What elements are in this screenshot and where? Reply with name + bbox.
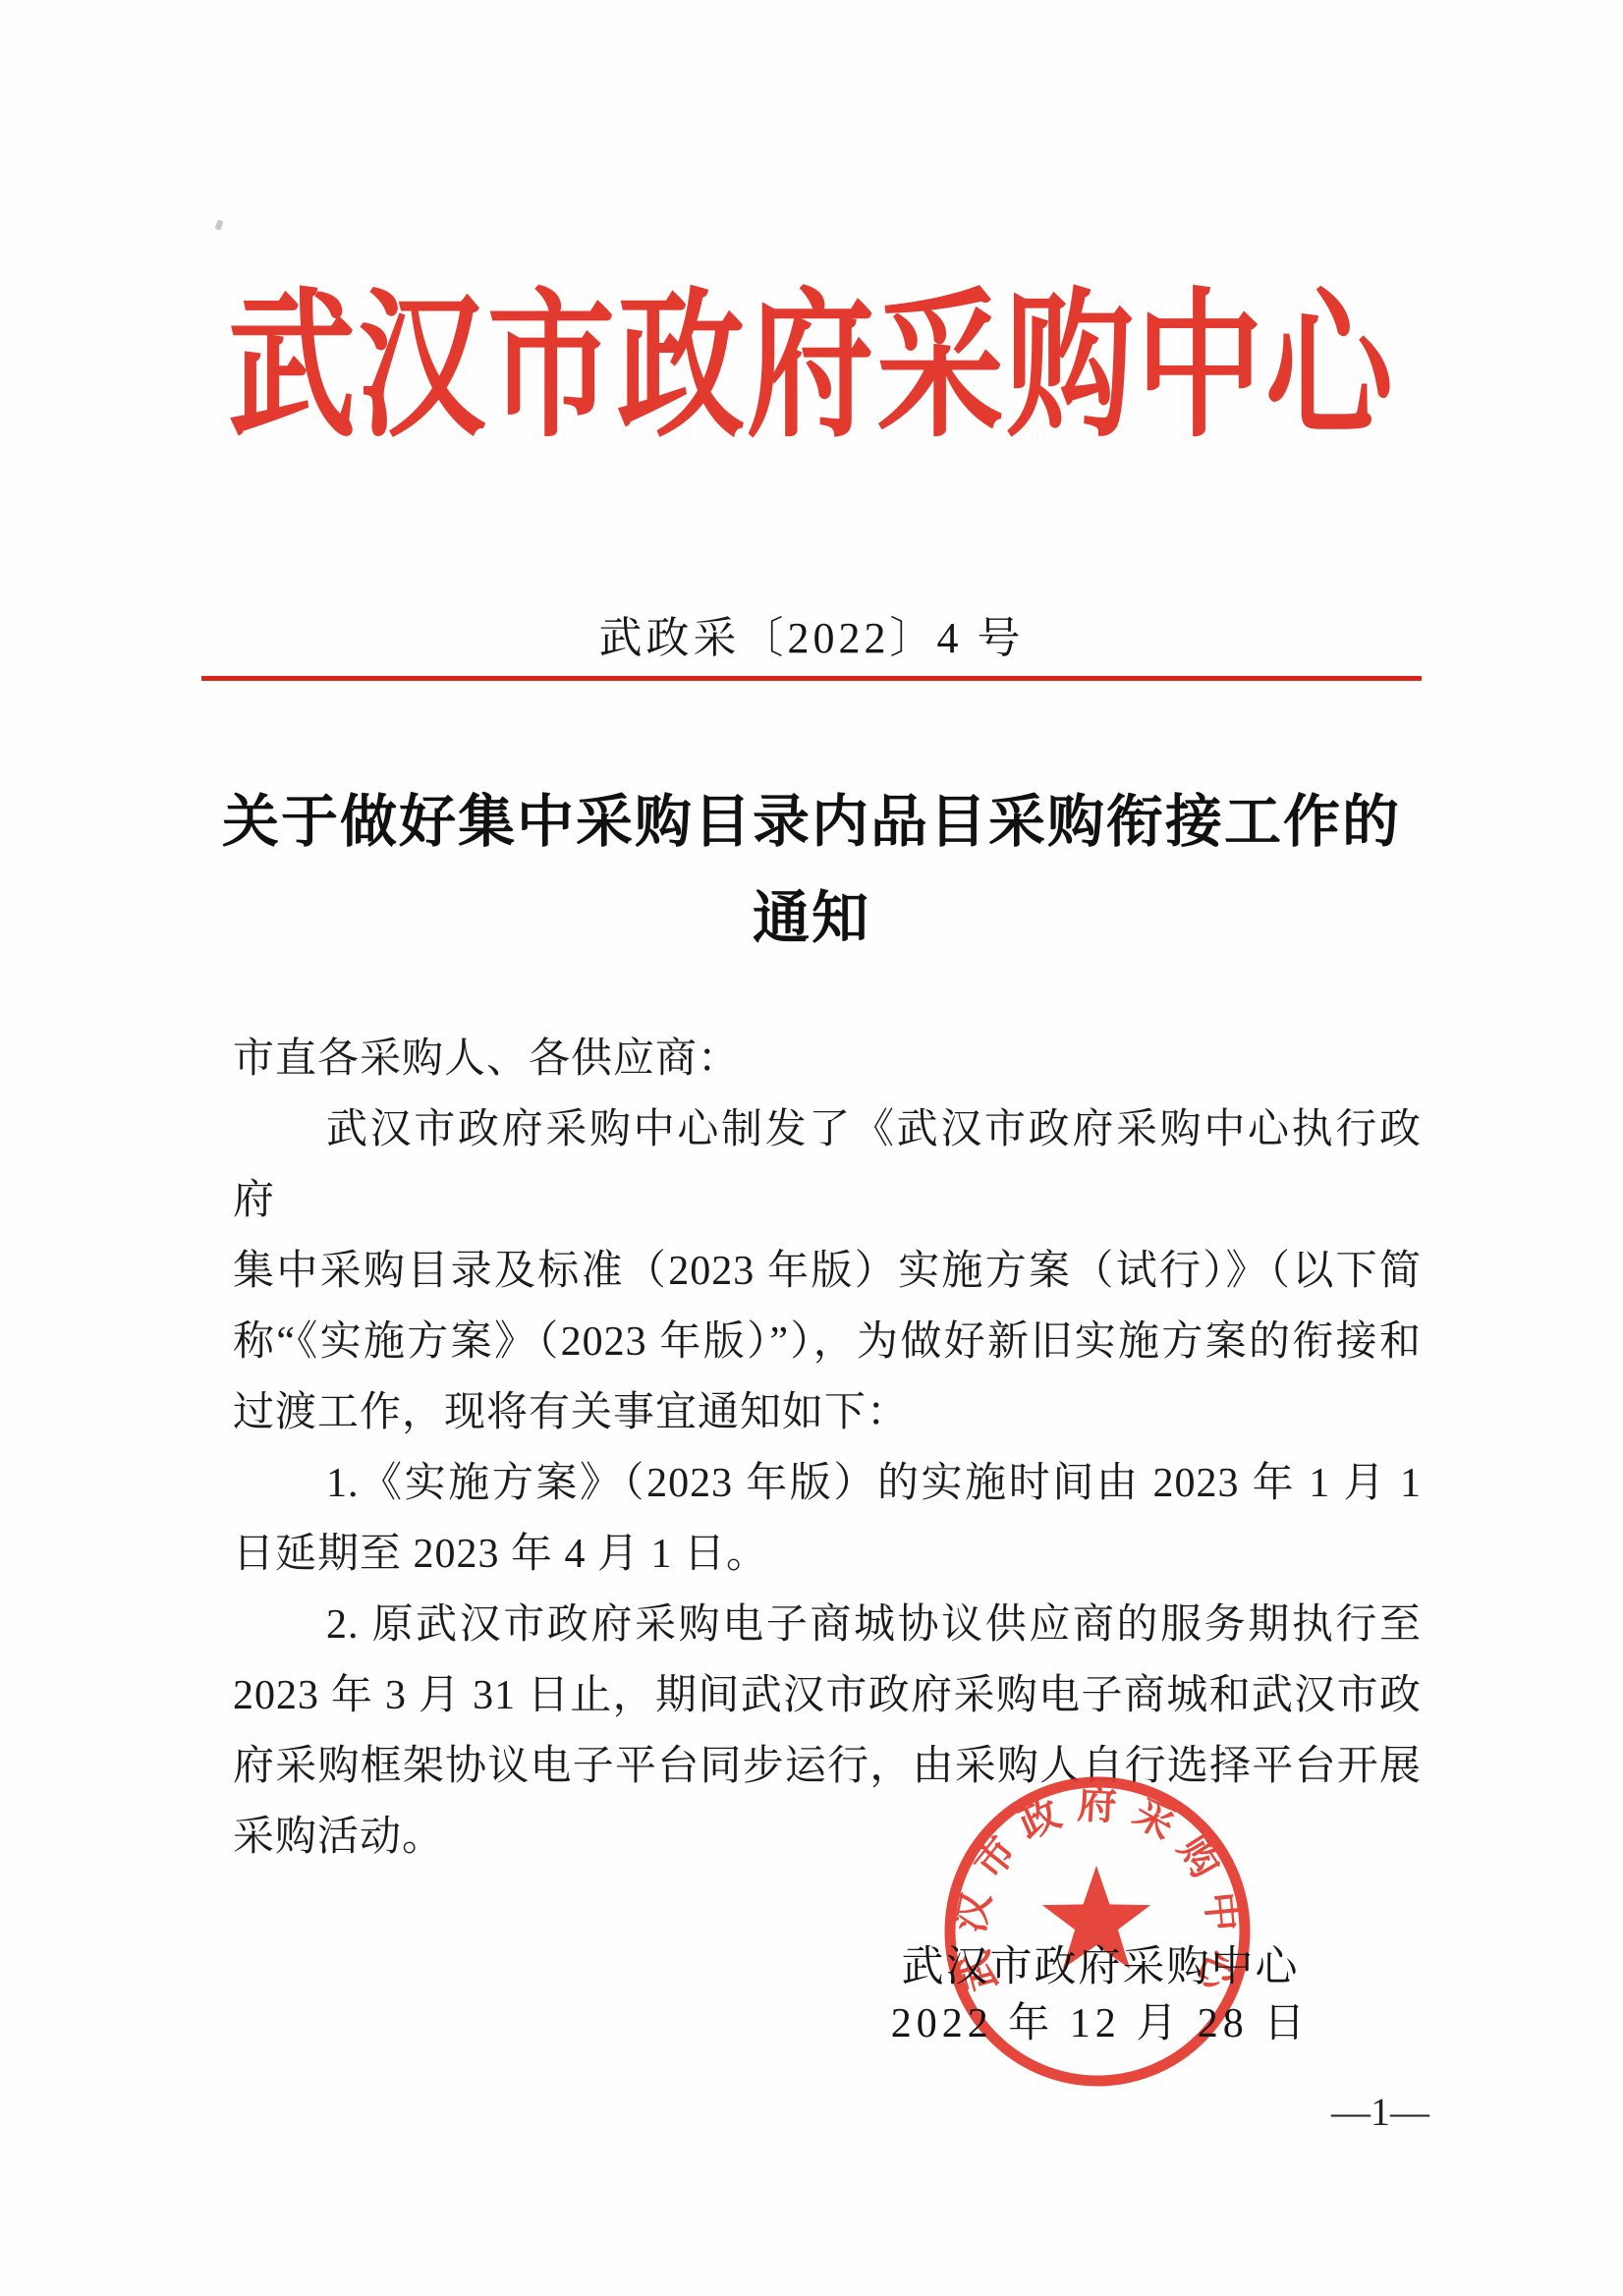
document-number: 武政采〔2022〕4 号: [0, 609, 1623, 668]
body-line: 武汉市政府采购中心制发了《武汉市政府采购中心执行政府: [233, 1094, 1422, 1236]
page-number: —1—: [1316, 2089, 1444, 2136]
signature-org: 武汉市政府采购中心: [855, 1940, 1346, 1995]
body-line: 过渡工作，现将有关事宜通知如下：: [233, 1377, 1422, 1448]
notice-title-line2: 通知: [0, 870, 1623, 967]
body-text: 市直各采购人、各供应商： 武汉市政府采购中心制发了《武汉市政府采购中心执行政府 …: [233, 1024, 1422, 1873]
body-line: 市直各采购人、各供应商：: [233, 1024, 1422, 1094]
body-line: 集中采购目录及标准（2023 年版）实施方案（试行）》（以下简: [233, 1236, 1422, 1307]
red-divider-rule: [201, 676, 1422, 681]
body-line: 日延期至 2023 年 4 月 1 日。: [233, 1519, 1422, 1590]
body-line: 2023 年 3 月 31 日止，期间武汉市政府采购电子商城和武汉市政: [233, 1660, 1422, 1731]
body-line: 1.《实施方案》（2023 年版）的实施时间由 2023 年 1 月 1: [233, 1448, 1422, 1519]
signature-block: 武汉市政府采购中心 2022 年 12 月 28 日: [855, 1940, 1346, 2052]
notice-title-line1: 关于做好集中采购目录内品目采购衔接工作的: [0, 774, 1623, 870]
scan-speck: [214, 219, 223, 230]
body-line: 称“《实施方案》（2023 年版）”），为做好新旧实施方案的衔接和: [233, 1307, 1422, 1377]
body-line: 2. 原武汉市政府采购电子商城协议供应商的服务期执行至: [233, 1590, 1422, 1660]
document-page: 武汉市政府采购中心 武政采〔2022〕4 号 关于做好集中采购目录内品目采购衔接…: [0, 0, 1623, 2296]
letterhead-title: 武汉市政府采购中心: [0, 240, 1623, 498]
signature-date: 2022 年 12 月 28 日: [855, 1995, 1346, 2052]
notice-title: 关于做好集中采购目录内品目采购衔接工作的 通知: [0, 774, 1623, 967]
